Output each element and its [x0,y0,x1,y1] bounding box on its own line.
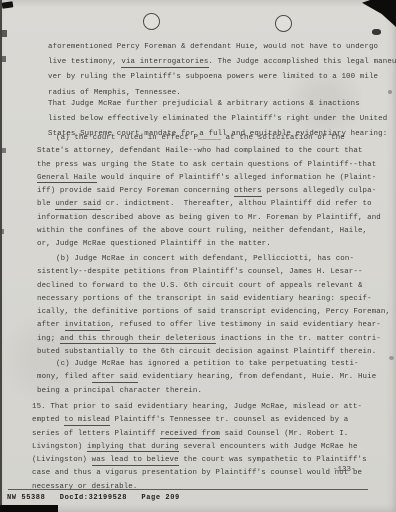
paragraph-item-b: (b) Judge McRae in concert with defendan… [37,253,390,359]
text-line: sistently--despite petitions from Plaint… [37,266,390,279]
text-line: (b) Judge McRae in concert with defendan… [37,253,390,266]
underlined-text: invitation [65,321,111,331]
text-line: ver by ruling the Plaintiff's subpoena p… [48,70,396,85]
text-line: information described above as being giv… [37,212,381,225]
underlined-text: under said [55,200,101,210]
text-line: ble under said cr. indictment. Thereafte… [37,198,381,211]
text-line: empted to mislead Plaintiff's Tennessee … [32,414,367,427]
text-line: State's attorney, defendant Haile--who h… [37,145,381,158]
underlined-text: General Haile [37,174,97,184]
text-line: case and thus a vigorus presentation by … [32,467,367,480]
paragraph-item-a: (a) the court ruled in effect P_____ at … [37,132,381,252]
text-line: iff) provide said Percy Foreman concerni… [37,185,381,198]
underlined-text: others [234,187,262,197]
scan-mark-bottom-left [0,505,58,512]
underlined-text: received from [160,430,220,440]
text-line: live testimony, via interrogatories. The… [48,55,396,70]
text-line: necessary or desirable. [32,481,367,494]
archive-reference-footer: NW 55388 DocId:32199528 Page 209 [7,494,180,502]
text-line: Livingston) implying that during several… [32,441,367,454]
underlined-text: via interrogatories [121,58,208,68]
underlined-text: and this through their deleterious [60,335,216,345]
document-text: aforementioned Percy Foreman & defendant… [0,0,396,512]
text-line: or, Judge McRae questioned Plaintiff in … [37,238,381,251]
text-line: necessary portions of the transcript in … [37,293,390,306]
text-line: listed below effectively eliminated the … [48,112,387,127]
text-line: within the confines of the above court r… [37,225,381,238]
text-line: aforementioned Percy Foreman & defendant… [48,40,396,55]
text-line: 15. That prior to said evidentiary heari… [32,401,367,414]
text-line: ing; and this through their deleterious … [37,333,390,346]
scanned-page: aforementioned Percy Foreman & defendant… [0,0,396,512]
text-line: after invitation, refused to offer live … [37,319,390,332]
paragraph-item-c: (c) Judge McRae has ignored a petition t… [37,358,376,398]
text-line: General Haile would inquire of Plaintiff… [37,172,381,185]
underlined-text: after said [92,373,138,383]
text-line: the press was urging the State to ask ce… [37,159,381,172]
underlined-text: to mislead [64,416,110,426]
text-line: (Livingston) was lead to believe the cou… [32,454,367,467]
underlined-text: was lead to believe [92,456,179,466]
text-line: ically, the definitive portions of said … [37,306,390,319]
page-number: -133- [333,466,356,474]
text-line: mony, filed after said evidentiary heari… [37,371,376,384]
text-line: being a principal character therein. [37,385,376,398]
page-bottom-edge-line [8,489,368,490]
text-line: (a) the court ruled in effect P_____ at … [37,132,381,145]
text-line: (c) Judge McRae has ignored a petition t… [37,358,376,371]
paragraph-intro: aforementioned Percy Foreman & defendant… [48,40,396,101]
text-line: That Judge McRae further prejudicial & a… [48,97,387,112]
underlined-text: implying that during [87,443,179,453]
text-line: declined to forward to the U.S. 6th circ… [37,280,390,293]
text-line: series of letters Plaintiff received fro… [32,428,367,441]
paragraph-item-15: 15. That prior to said evidentiary heari… [32,401,367,494]
